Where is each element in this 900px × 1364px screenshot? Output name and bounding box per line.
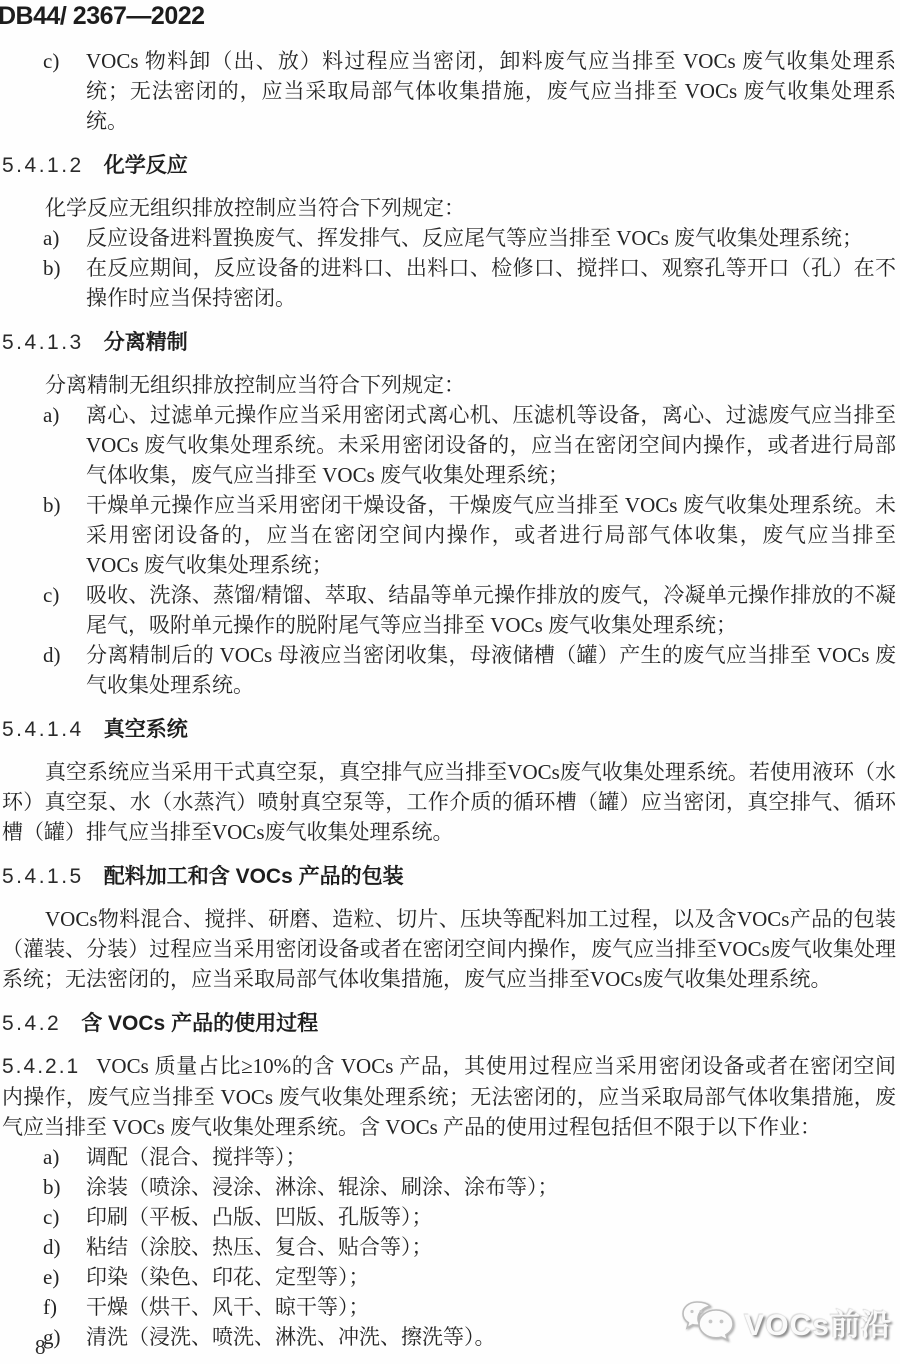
list-item-label: b) [43, 1172, 61, 1202]
list-item-text: 分离精制后的 VOCs 母液应当密闭收集，母液储槽（罐）产生的废气应当排至 VO… [86, 643, 896, 697]
section-title: 配料加工和含 VOCs 产品的包装 [104, 865, 404, 888]
watermark: VOCs前沿 [680, 1298, 892, 1354]
list-item-label: c) [43, 580, 59, 610]
list-item: d) 分离精制后的 VOCs 母液应当密闭收集，母液储槽（罐）产生的废气应当排至… [2, 640, 896, 700]
section-number: 5.4.1.5 [2, 865, 84, 888]
list-item-label: a) [43, 223, 59, 253]
list-item: b) 干燥单元操作应当采用密闭干燥设备，干燥废气应当排至 VOCs 废气收集处理… [2, 490, 896, 580]
list-item-label: c) [43, 46, 59, 76]
list-item-label: e) [43, 1262, 59, 1292]
list-item: c) 吸收、洗涤、蒸馏/精馏、萃取、结晶等单元操作排放的废气，冷凝单元操作排放的… [2, 580, 896, 640]
list-item: a) 调配（混合、搅拌等）； [2, 1142, 896, 1172]
list-item: e) 印染（染色、印花、定型等）； [2, 1262, 896, 1292]
section-heading-5412: 5.4.1.2化学反应 [2, 151, 896, 181]
paragraph: VOCs物料混合、搅拌、研磨、造粒、切片、压块等配料加工过程，以及含VOCs产品… [2, 904, 896, 994]
numbered-paragraph: 5.4.2.1VOCs 质量占比≥10%的含 VOCs 产品，其使用过程应当采用… [2, 1051, 896, 1142]
list-item-text: 涂装（喷涂、浸涂、淋涂、辊涂、刷涂、涂布等）； [86, 1175, 559, 1199]
paragraph: 化学反应无组织排放控制应当符合下列规定： [2, 193, 896, 223]
section-title: 含 VOCs 产品的使用过程 [81, 1012, 318, 1035]
section-number: 5.4.2 [2, 1012, 61, 1035]
list-item-label: a) [43, 400, 59, 430]
paragraph: 真空系统应当采用干式真空泵，真空排气应当排至VOCs废气收集处理系统。若使用液环… [2, 757, 896, 847]
list-item-text: VOCs 物料卸（出、放）料过程应当密闭，卸料废气应当排至 VOCs 废气收集处… [86, 49, 896, 133]
list-item: c) VOCs 物料卸（出、放）料过程应当密闭，卸料废气应当排至 VOCs 废气… [2, 46, 896, 136]
list-item-text: 印染（染色、印花、定型等）； [86, 1265, 370, 1289]
list-item: c) 印刷（平板、凸版、凹版、孔版等）； [2, 1202, 896, 1232]
list-item-text: 吸收、洗涤、蒸馏/精馏、萃取、结晶等单元操作排放的废气，冷凝单元操作排放的不凝尾… [86, 583, 896, 637]
clause-number: 5.4.2.1 [2, 1055, 80, 1078]
list-item-text: 在反应期间，反应设备的进料口、出料口、检修口、搅拌口、观察孔等开口（孔）在不操作… [86, 256, 896, 310]
list-item-label: a) [43, 1142, 59, 1172]
chat-bubbles-icon [680, 1298, 736, 1354]
list-item-text: 调配（混合、搅拌等）； [86, 1145, 307, 1169]
section-title: 化学反应 [104, 154, 188, 177]
paragraph: 分离精制无组织排放控制应当符合下列规定： [2, 370, 896, 400]
doc-code-header: DB44/ 2367—2022 [0, 0, 900, 30]
section-title: 分离精制 [104, 331, 188, 354]
section-number: 5.4.1.3 [2, 331, 84, 354]
list-item: b) 涂装（喷涂、浸涂、淋涂、辊涂、刷涂、涂布等）； [2, 1172, 896, 1202]
list-item-text: 干燥单元操作应当采用密闭干燥设备，干燥废气应当排至 VOCs 废气收集处理系统。… [86, 493, 896, 577]
page-number: 8 [35, 1332, 46, 1362]
section-title: 真空系统 [104, 718, 188, 741]
section-number: 5.4.1.4 [2, 718, 84, 741]
list-item-text: 离心、过滤单元操作应当采用密闭式离心机、压滤机等设备，离心、过滤废气应当排至 V… [86, 403, 896, 487]
list-item-label: d) [43, 640, 61, 670]
list-item-text: 反应设备进料置换废气、挥发排气、反应尾气等应当排至 VOCs 废气收集处理系统； [86, 226, 863, 250]
list-item: b) 在反应期间，反应设备的进料口、出料口、检修口、搅拌口、观察孔等开口（孔）在… [2, 253, 896, 313]
list-item-label: d) [43, 1232, 61, 1262]
section-heading-542: 5.4.2含 VOCs 产品的使用过程 [2, 1009, 896, 1039]
list-item: a) 离心、过滤单元操作应当采用密闭式离心机、压滤机等设备，离心、过滤废气应当排… [2, 400, 896, 490]
list-item-label: b) [43, 490, 61, 520]
list-item-text: 粘结（涂胶、热压、复合、贴合等）； [86, 1235, 433, 1259]
list-item-label: f) [43, 1292, 57, 1322]
document-body: c) VOCs 物料卸（出、放）料过程应当密闭，卸料废气应当排至 VOCs 废气… [0, 46, 900, 1352]
watermark-text: VOCs前沿 [744, 1311, 892, 1341]
list-item-label: b) [43, 253, 61, 283]
section-heading-5415: 5.4.1.5配料加工和含 VOCs 产品的包装 [2, 862, 896, 892]
clause-text: VOCs 质量占比≥10%的含 VOCs 产品，其使用过程应当采用密闭设备或者在… [2, 1054, 896, 1139]
section-number: 5.4.1.2 [2, 154, 84, 177]
document-page: DB44/ 2367—2022 c) VOCs 物料卸（出、放）料过程应当密闭，… [0, 0, 900, 1364]
section-heading-5414: 5.4.1.4真空系统 [2, 715, 896, 745]
list-item-label: c) [43, 1202, 59, 1232]
section-heading-5413: 5.4.1.3分离精制 [2, 328, 896, 358]
list-item-text: 清洗（浸洗、喷洗、淋洗、冲洗、擦洗等）。 [86, 1325, 496, 1349]
list-item: d) 粘结（涂胶、热压、复合、贴合等）； [2, 1232, 896, 1262]
list-item-text: 干燥（烘干、风干、晾干等）； [86, 1295, 370, 1319]
list-item-label: g) [43, 1322, 61, 1352]
list-item: a) 反应设备进料置换废气、挥发排气、反应尾气等应当排至 VOCs 废气收集处理… [2, 223, 896, 253]
list-item-text: 印刷（平板、凸版、凹版、孔版等）； [86, 1205, 433, 1229]
